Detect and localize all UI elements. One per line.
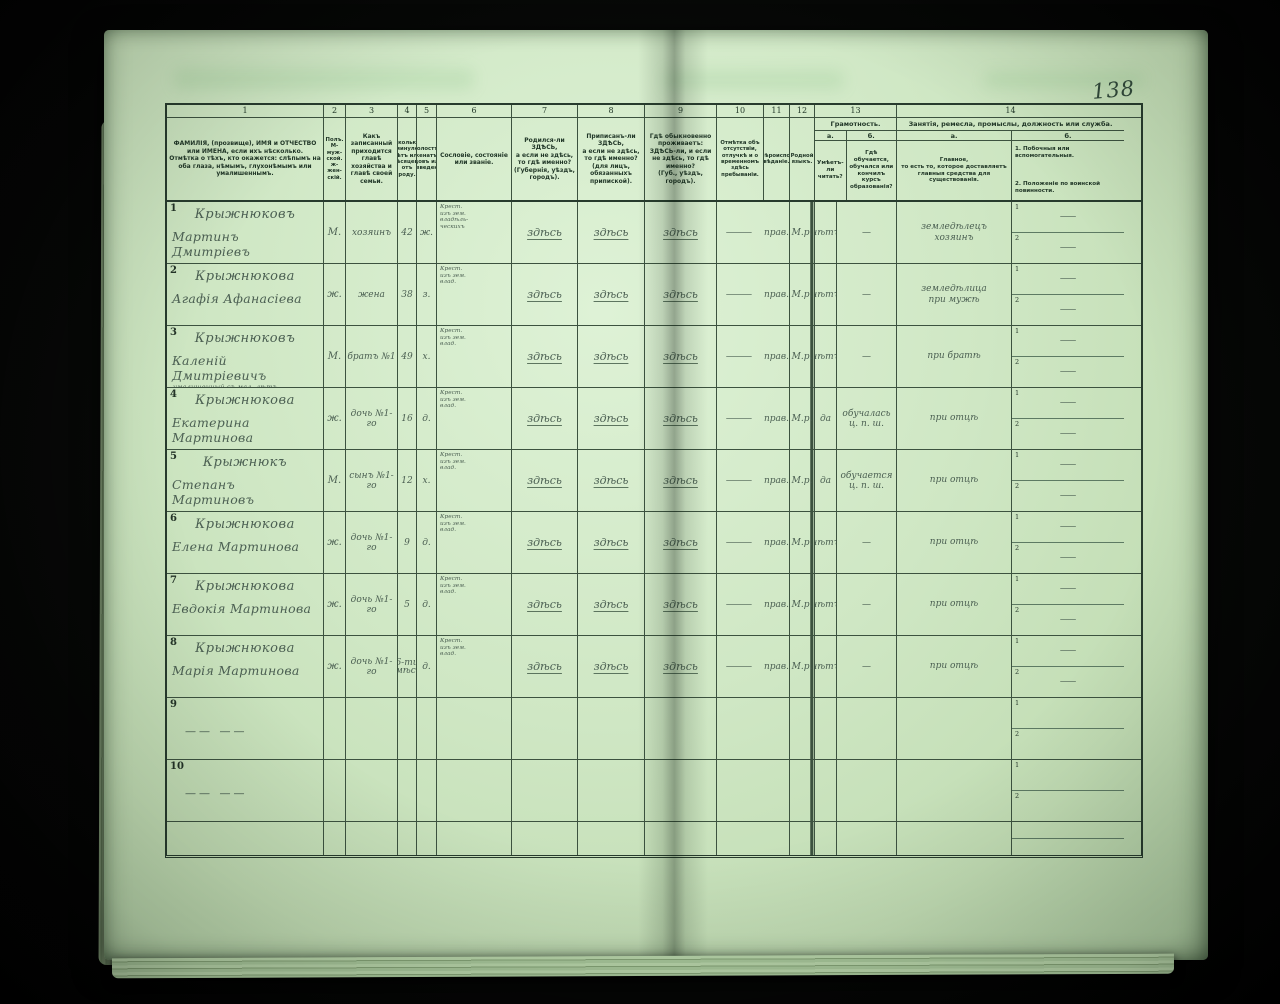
side-item-1-label: 1 <box>1015 327 1019 335</box>
surname: Крыжнюковъ <box>169 207 321 222</box>
side-item-2-value: — <box>1012 243 1124 253</box>
registration-cell: здѣсь <box>578 326 645 387</box>
sex-cell: М. <box>324 450 346 511</box>
column-number: 4 <box>398 105 417 117</box>
marital-status-cell <box>417 698 437 759</box>
occupation-cell: при отцѣ <box>897 388 1012 449</box>
side-item-1-value: — <box>1012 584 1124 594</box>
education-cell: — <box>837 512 897 573</box>
side-occupation-cell: 1 2 <box>1012 698 1124 759</box>
marital-status-cell: д. <box>417 636 437 697</box>
given-names: Марія Мартинова <box>169 663 321 678</box>
marital-status-cell: д. <box>417 574 437 635</box>
can-read-cell <box>815 760 837 821</box>
table-row: 10 —— —— 1 2 <box>167 760 1141 822</box>
side-occupation-item-1: 1 — <box>1012 264 1124 295</box>
side-item-1-value: — <box>1012 336 1124 346</box>
column-number-row: 1 2 3 4 5 6 7 8 9 10 11 12 13 14 <box>167 105 1141 118</box>
relation-cell: братъ №1 <box>346 326 398 387</box>
table-header-row: ФАМИЛІЯ, (прозвище), ИМЯ и ОТЧЕСТВО или … <box>167 118 1141 202</box>
name-cell: 4 Крыжнюкова Екатерина Мартинова <box>167 388 324 449</box>
column-number: 13 <box>815 105 897 117</box>
side-occupation-cell: 1 — 2 — <box>1012 388 1124 449</box>
side-item-2-value: — <box>1012 677 1124 687</box>
education-cell: — <box>837 326 897 387</box>
side-item-2-value: — <box>1012 367 1124 377</box>
surname: Крыжнюкова <box>169 517 321 532</box>
relation-cell: дочь №1-го <box>346 636 398 697</box>
birthplace-cell <box>512 760 578 821</box>
header-occupation-b-label: б. <box>1012 131 1124 141</box>
header-literacy-b-label: б. <box>847 131 896 141</box>
header-age: Сколько минуло лѣтъ или мѣсяцевъ отъ род… <box>398 118 417 200</box>
column-number: 10 <box>717 105 764 117</box>
side-item-1-value: — <box>1012 460 1124 470</box>
table-row: 2 Крыжнюкова Агафія Афанасіева ж. жена 3… <box>167 264 1141 326</box>
header-occupation-a-label: а. <box>897 131 1011 141</box>
estate-cell: Крест. изъ зем. влад. <box>437 450 512 511</box>
name-cell: 3 Крыжнюковъ Каленій Дмитріевичъ умалише… <box>167 326 324 387</box>
occupation-cell <box>897 698 1012 759</box>
registration-cell: здѣсь <box>578 636 645 697</box>
sex-cell <box>324 760 346 821</box>
birthplace-cell: здѣсь <box>512 202 578 263</box>
education-cell: — <box>837 574 897 635</box>
age-cell: 6-ти мѣс. <box>398 636 417 697</box>
language-cell: М.р. <box>790 326 815 387</box>
header-education: Гдѣ обучается, обучался или кончилъ курс… <box>847 141 896 200</box>
table-row: 1 Крыжнюковъ Мартинъ Дмитріевъ М. хозяин… <box>167 202 1141 264</box>
marital-status-cell: х. <box>417 450 437 511</box>
column-number: 11 <box>764 105 790 117</box>
education-cell: — <box>837 636 897 697</box>
birthplace-cell: здѣсь <box>512 264 578 325</box>
side-item-1-label: 1 <box>1015 265 1019 273</box>
name-cell: 8 Крыжнюкова Марія Мартинова <box>167 636 324 697</box>
row-number: 8 <box>170 637 177 648</box>
estate-cell: Крест. изъ зем. влад. <box>437 636 512 697</box>
marital-status-cell <box>417 760 437 821</box>
side-occupation-cell: 1 2 <box>1012 760 1124 821</box>
surname: Крыжнюкова <box>169 579 321 594</box>
row-number: 6 <box>170 513 177 524</box>
column-number: 8 <box>578 105 645 117</box>
column-number: 5 <box>417 105 437 117</box>
age-cell: 9 <box>398 512 417 573</box>
estate-cell <box>437 822 512 855</box>
registration-cell <box>578 760 645 821</box>
age-cell: 38 <box>398 264 417 325</box>
side-item-2-label: 2 <box>1015 792 1019 800</box>
side-item-2-value: — <box>1012 305 1124 315</box>
estate-cell: Крест. изъ зем. влад. <box>437 388 512 449</box>
side-occupation-item-2: 2 <box>1012 839 1124 855</box>
language-cell <box>790 822 815 855</box>
row-number: 7 <box>170 575 177 586</box>
birthplace-cell: здѣсь <box>512 388 578 449</box>
language-cell: М.р. <box>790 574 815 635</box>
header-absence: Отмѣтка объ отсутствіи, отлучкѣ и о врем… <box>717 118 764 200</box>
folio-number: 138 <box>1091 76 1136 104</box>
name-cell <box>167 822 324 855</box>
birthplace-cell: здѣсь <box>512 450 578 511</box>
education-cell: — <box>837 202 897 263</box>
side-occupation-item-2: 2 — <box>1012 667 1124 697</box>
registration-cell: здѣсь <box>578 450 645 511</box>
header-religion: Вѣроиспо-вѣданіе. <box>764 118 790 200</box>
side-occupation-item-2: 2 — <box>1012 233 1124 263</box>
side-item-1-label: 1 <box>1015 451 1019 459</box>
sex-cell: М. <box>324 326 346 387</box>
birthplace-cell <box>512 822 578 855</box>
occupation-cell <box>897 822 1012 855</box>
religion-cell: прав. <box>764 512 790 573</box>
side-item-1-label: 1 <box>1015 637 1019 645</box>
side-item-2-label: 2 <box>1015 730 1019 738</box>
given-names: Евдокія Мартинова <box>169 601 321 616</box>
table-body: 1 Крыжнюковъ Мартинъ Дмитріевъ М. хозяин… <box>167 202 1141 855</box>
registration-cell: здѣсь <box>578 264 645 325</box>
language-cell: М.р. <box>790 636 815 697</box>
row-number: 3 <box>170 327 177 338</box>
can-read-cell <box>815 822 837 855</box>
estate-cell: Крест. изъ зем. влад. <box>437 326 512 387</box>
side-occupation-cell: 1 — 2 — <box>1012 574 1124 635</box>
side-occupation-item-1: 1 <box>1012 698 1124 729</box>
surname: Крыжнюкъ <box>169 455 321 470</box>
side-item-1-label: 1 <box>1015 513 1019 521</box>
side-occupation-item-1: 1 — <box>1012 636 1124 667</box>
column-number: 14 <box>897 105 1124 117</box>
religion-cell: прав. <box>764 202 790 263</box>
side-item-2-label: 2 <box>1015 234 1019 242</box>
age-cell: 49 <box>398 326 417 387</box>
education-cell <box>837 760 897 821</box>
sex-cell: ж. <box>324 512 346 573</box>
side-occupation-item-1: 1 — <box>1012 450 1124 481</box>
given-names: Агафія Афанасіева <box>169 291 321 306</box>
can-read-cell: нѣтъ <box>815 326 837 387</box>
side-item-1-label: 1 <box>1015 575 1019 583</box>
religion-cell <box>764 822 790 855</box>
estate-cell: Крест. изъ зем. влад. <box>437 264 512 325</box>
name-cell: 10 —— —— <box>167 760 324 821</box>
side-occupation-item-1: 1 — <box>1012 512 1124 543</box>
given-names: Елена Мартинова <box>169 539 321 554</box>
relation-cell <box>346 760 398 821</box>
header-can-read: Умѣетъ-ли читать? <box>815 141 846 200</box>
sex-cell: ж. <box>324 264 346 325</box>
birthplace-cell: здѣсь <box>512 574 578 635</box>
side-occupation-cell: 1 2 <box>1012 822 1124 855</box>
column-number: 6 <box>437 105 512 117</box>
side-occupation-item-1: 1 <box>1012 822 1124 839</box>
religion-cell: прав. <box>764 450 790 511</box>
relation-cell <box>346 698 398 759</box>
table-row: 3 Крыжнюковъ Каленій Дмитріевичъ умалише… <box>167 326 1141 388</box>
marital-status-cell: ж. <box>417 202 437 263</box>
can-read-cell: нѣтъ <box>815 202 837 263</box>
name-cell: 1 Крыжнюковъ Мартинъ Дмитріевъ <box>167 202 324 263</box>
religion-cell: прав. <box>764 264 790 325</box>
header-marital: Холостъ, женатъ, вдовъ или разведенъ. <box>417 118 437 200</box>
header-relation: Какъ записанный приходится главѣ хозяйст… <box>346 118 398 200</box>
side-item-2-label: 2 <box>1015 420 1019 428</box>
language-cell <box>790 760 815 821</box>
table-row: 8 Крыжнюкова Марія Мартинова ж. дочь №1-… <box>167 636 1141 698</box>
birthplace-cell <box>512 698 578 759</box>
side-occupation-item-1: 1 — <box>1012 202 1124 233</box>
table-row: 5 Крыжнюкъ Степанъ Мартиновъ М. сынъ №1-… <box>167 450 1141 512</box>
language-cell: М.р. <box>790 512 815 573</box>
religion-cell <box>764 698 790 759</box>
surname: Крыжнюкова <box>169 641 321 656</box>
registration-cell: здѣсь <box>578 512 645 573</box>
header-language: Родной языкъ. <box>790 118 815 200</box>
name-cell: 9 —— —— <box>167 698 324 759</box>
side-item-2-value: — <box>1012 491 1124 501</box>
row-number: 1 <box>170 203 177 214</box>
language-cell: М.р. <box>790 388 815 449</box>
sex-cell: ж. <box>324 636 346 697</box>
religion-cell: прав. <box>764 574 790 635</box>
age-cell: 5 <box>398 574 417 635</box>
header-birthplace: Родился-ли ЗДѢСЬ, а если не здѣсь, то гд… <box>512 118 578 200</box>
photo-background: 138 1 2 3 4 5 6 7 8 9 10 11 12 13 14 <box>0 0 1280 1004</box>
registration-cell <box>578 822 645 855</box>
side-item-2-label: 2 <box>1015 668 1019 676</box>
empty-row-dash: —— —— <box>185 725 321 738</box>
side-occupation-item-1: 1 — <box>1012 388 1124 419</box>
side-occupation-cell: 1 — 2 — <box>1012 512 1124 573</box>
registration-cell: здѣсь <box>578 388 645 449</box>
column-number: 12 <box>790 105 815 117</box>
estate-cell <box>437 698 512 759</box>
can-read-cell: да <box>815 450 837 511</box>
estate-cell: Крест. изъ зем. влад. <box>437 512 512 573</box>
header-name: ФАМИЛІЯ, (прозвище), ИМЯ и ОТЧЕСТВО или … <box>167 118 324 200</box>
marital-status-cell: х. <box>417 326 437 387</box>
table-row: 7 Крыжнюкова Евдокія Мартинова ж. дочь №… <box>167 574 1141 636</box>
can-read-cell <box>815 698 837 759</box>
side-item-1-label: 1 <box>1015 203 1019 211</box>
table-row: 1 2 <box>167 822 1141 855</box>
relation-cell <box>346 822 398 855</box>
side-occupation-item-2: 2 — <box>1012 419 1124 449</box>
table-row: 9 —— —— 1 2 <box>167 698 1141 760</box>
column-number: 1 <box>167 105 324 117</box>
relation-cell: жена <box>346 264 398 325</box>
column-number: 2 <box>324 105 346 117</box>
side-item-1-label: 1 <box>1015 699 1019 707</box>
occupation-cell: земледѣлица при мужѣ <box>897 264 1012 325</box>
age-cell: 16 <box>398 388 417 449</box>
age-cell <box>398 822 417 855</box>
relation-cell: сынъ №1-го <box>346 450 398 511</box>
side-occupation-item-2: 2 — <box>1012 295 1124 325</box>
census-table: 1 2 3 4 5 6 7 8 9 10 11 12 13 14 ФАМИЛІЯ… <box>165 103 1143 858</box>
side-item-2-value: — <box>1012 615 1124 625</box>
ink-bleed-through <box>664 70 844 90</box>
sex-cell: М. <box>324 202 346 263</box>
occupation-cell: земледѣлецъ хозяинъ <box>897 202 1012 263</box>
page-stack-bottom-edge <box>112 954 1174 979</box>
occupation-cell: при отцѣ <box>897 574 1012 635</box>
side-occupation-item-2: 2 — <box>1012 605 1124 635</box>
marital-status-cell: д. <box>417 388 437 449</box>
occupation-cell: при отцѣ <box>897 450 1012 511</box>
can-read-cell: нѣтъ <box>815 636 837 697</box>
birthplace-cell: здѣсь <box>512 326 578 387</box>
row-number: 5 <box>170 451 177 462</box>
side-item-1-label: 1 <box>1015 389 1019 397</box>
education-cell: обучалась ц. п. ш. <box>837 388 897 449</box>
estate-cell: Крест. изъ зем. владѣль- ческихъ <box>437 202 512 263</box>
registration-cell: здѣсь <box>578 574 645 635</box>
age-cell: 12 <box>398 450 417 511</box>
side-item-2-label: 2 <box>1015 606 1019 614</box>
header-occupation-main: Главное, то есть то, которое доставляетъ… <box>897 141 1011 200</box>
sex-cell <box>324 698 346 759</box>
header-literacy-title: Грамотность. <box>815 118 896 131</box>
ink-bleed-through <box>174 68 474 90</box>
side-item-2-label: 2 <box>1015 544 1019 552</box>
side-occupation-cell: 1 — 2 — <box>1012 202 1124 263</box>
age-cell <box>398 698 417 759</box>
occupation-cell: при отцѣ <box>897 636 1012 697</box>
side-occupation-item-2: 2 — <box>1012 543 1124 573</box>
side-occupation-cell: 1 — 2 — <box>1012 326 1124 387</box>
can-read-cell: да <box>815 388 837 449</box>
side-item-2-value: — <box>1012 429 1124 439</box>
side-occupation-item-2: 2 <box>1012 791 1124 821</box>
education-cell <box>837 822 897 855</box>
occupation-cell: при братѣ <box>897 326 1012 387</box>
can-read-cell: нѣтъ <box>815 264 837 325</box>
header-literacy-a-label: а. <box>815 131 846 141</box>
sex-cell: ж. <box>324 388 346 449</box>
side-item-1-value: — <box>1012 212 1124 222</box>
sex-cell: ж. <box>324 574 346 635</box>
side-item-1-label: 1 <box>1015 761 1019 769</box>
age-cell: 42 <box>398 202 417 263</box>
relation-cell: дочь №1-го <box>346 388 398 449</box>
relation-cell: дочь №1-го <box>346 512 398 573</box>
infirmity-note: умалишенный съ мал. лѣтъ <box>173 383 321 387</box>
side-item-2-value: — <box>1012 553 1124 563</box>
column-number: 9 <box>645 105 717 117</box>
name-cell: 7 Крыжнюкова Евдокія Мартинова <box>167 574 324 635</box>
given-names: Мартинъ Дмитріевъ <box>169 229 321 259</box>
can-read-cell: нѣтъ <box>815 512 837 573</box>
education-cell: — <box>837 264 897 325</box>
name-cell: 5 Крыжнюкъ Степанъ Мартиновъ <box>167 450 324 511</box>
language-cell: М.р. <box>790 450 815 511</box>
language-cell: М.р. <box>790 264 815 325</box>
surname: Крыжнюковъ <box>169 331 321 346</box>
header-residence: Гдѣ обыкновенно проживаетъ: ЗДѢСЬ-ли, и … <box>645 118 717 200</box>
religion-cell <box>764 760 790 821</box>
side-item-2-label: 2 <box>1015 482 1019 490</box>
header-occupation-side: 1. Побочныя или вспомогательныя. <box>1015 146 1121 160</box>
sex-cell <box>324 822 346 855</box>
column-number: 7 <box>512 105 578 117</box>
empty-row-dash: —— —— <box>185 787 321 800</box>
estate-cell: Крест. изъ зем. влад. <box>437 574 512 635</box>
marital-status-cell: д. <box>417 512 437 573</box>
side-occupation-item-2: 2 <box>1012 729 1124 759</box>
header-occupation-title: Занятія, ремесла, промыслы, должность ил… <box>897 118 1124 131</box>
estate-cell <box>437 760 512 821</box>
side-item-2-label: 2 <box>1015 296 1019 304</box>
relation-cell: дочь №1-го <box>346 574 398 635</box>
side-occupation-item-2: 2 — <box>1012 357 1124 387</box>
side-item-1-value: — <box>1012 274 1124 284</box>
header-military-status: 2. Положеніе по воинской повинности. <box>1015 181 1121 195</box>
side-occupation-item-1: 1 — <box>1012 326 1124 357</box>
side-occupation-cell: 1 — 2 — <box>1012 450 1124 511</box>
education-cell: обучается ц. п. ш. <box>837 450 897 511</box>
side-occupation-cell: 1 — 2 — <box>1012 636 1124 697</box>
side-occupation-item-2: 2 — <box>1012 481 1124 511</box>
occupation-cell <box>897 760 1012 821</box>
language-cell: М.р. <box>790 202 815 263</box>
name-cell: 6 Крыжнюкова Елена Мартинова <box>167 512 324 573</box>
can-read-cell: нѣтъ <box>815 574 837 635</box>
education-cell <box>837 698 897 759</box>
table-row: 4 Крыжнюкова Екатерина Мартинова ж. дочь… <box>167 388 1141 450</box>
header-literacy-group: Грамотность. а. Умѣетъ-ли читать? б. Гдѣ… <box>815 118 897 200</box>
language-cell <box>790 698 815 759</box>
side-item-1-value: — <box>1012 522 1124 532</box>
marital-status-cell: з. <box>417 264 437 325</box>
birthplace-cell: здѣсь <box>512 512 578 573</box>
open-census-book-page: 138 1 2 3 4 5 6 7 8 9 10 11 12 13 14 <box>104 30 1208 960</box>
side-item-2-label: 2 <box>1015 358 1019 366</box>
registration-cell <box>578 698 645 759</box>
birthplace-cell: здѣсь <box>512 636 578 697</box>
column-number: 3 <box>346 105 398 117</box>
age-cell <box>398 760 417 821</box>
surname: Крыжнюкова <box>169 269 321 284</box>
relation-cell: хозяинъ <box>346 202 398 263</box>
side-occupation-cell: 1 — 2 — <box>1012 264 1124 325</box>
row-number: 9 <box>170 699 177 710</box>
side-occupation-item-1: 1 — <box>1012 574 1124 605</box>
row-number: 4 <box>170 389 177 400</box>
header-registration: Приписанъ-ли ЗДѢСЬ, а если не здѣсь, то … <box>578 118 645 200</box>
side-item-1-value: — <box>1012 398 1124 408</box>
header-sex: Полъ. М-муж-ской. ж-жен-скій. <box>324 118 346 200</box>
name-cell: 2 Крыжнюкова Агафія Афанасіева <box>167 264 324 325</box>
surname: Крыжнюкова <box>169 393 321 408</box>
header-occupation-group: Занятія, ремесла, промыслы, должность ил… <box>897 118 1124 200</box>
marital-status-cell <box>417 822 437 855</box>
occupation-cell: при отцѣ <box>897 512 1012 573</box>
side-occupation-item-1: 1 <box>1012 760 1124 791</box>
side-item-1-value: — <box>1012 646 1124 656</box>
given-names: Екатерина Мартинова <box>169 415 321 445</box>
row-number: 10 <box>170 761 184 772</box>
table-row: 6 Крыжнюкова Елена Мартинова ж. дочь №1-… <box>167 512 1141 574</box>
given-names: Каленій Дмитріевичъ <box>169 353 321 383</box>
row-number: 2 <box>170 265 177 276</box>
religion-cell: прав. <box>764 326 790 387</box>
registration-cell: здѣсь <box>578 202 645 263</box>
given-names: Степанъ Мартиновъ <box>169 477 321 507</box>
header-estate: Сословіе, состояніе или званіе. <box>437 118 512 200</box>
religion-cell: прав. <box>764 388 790 449</box>
